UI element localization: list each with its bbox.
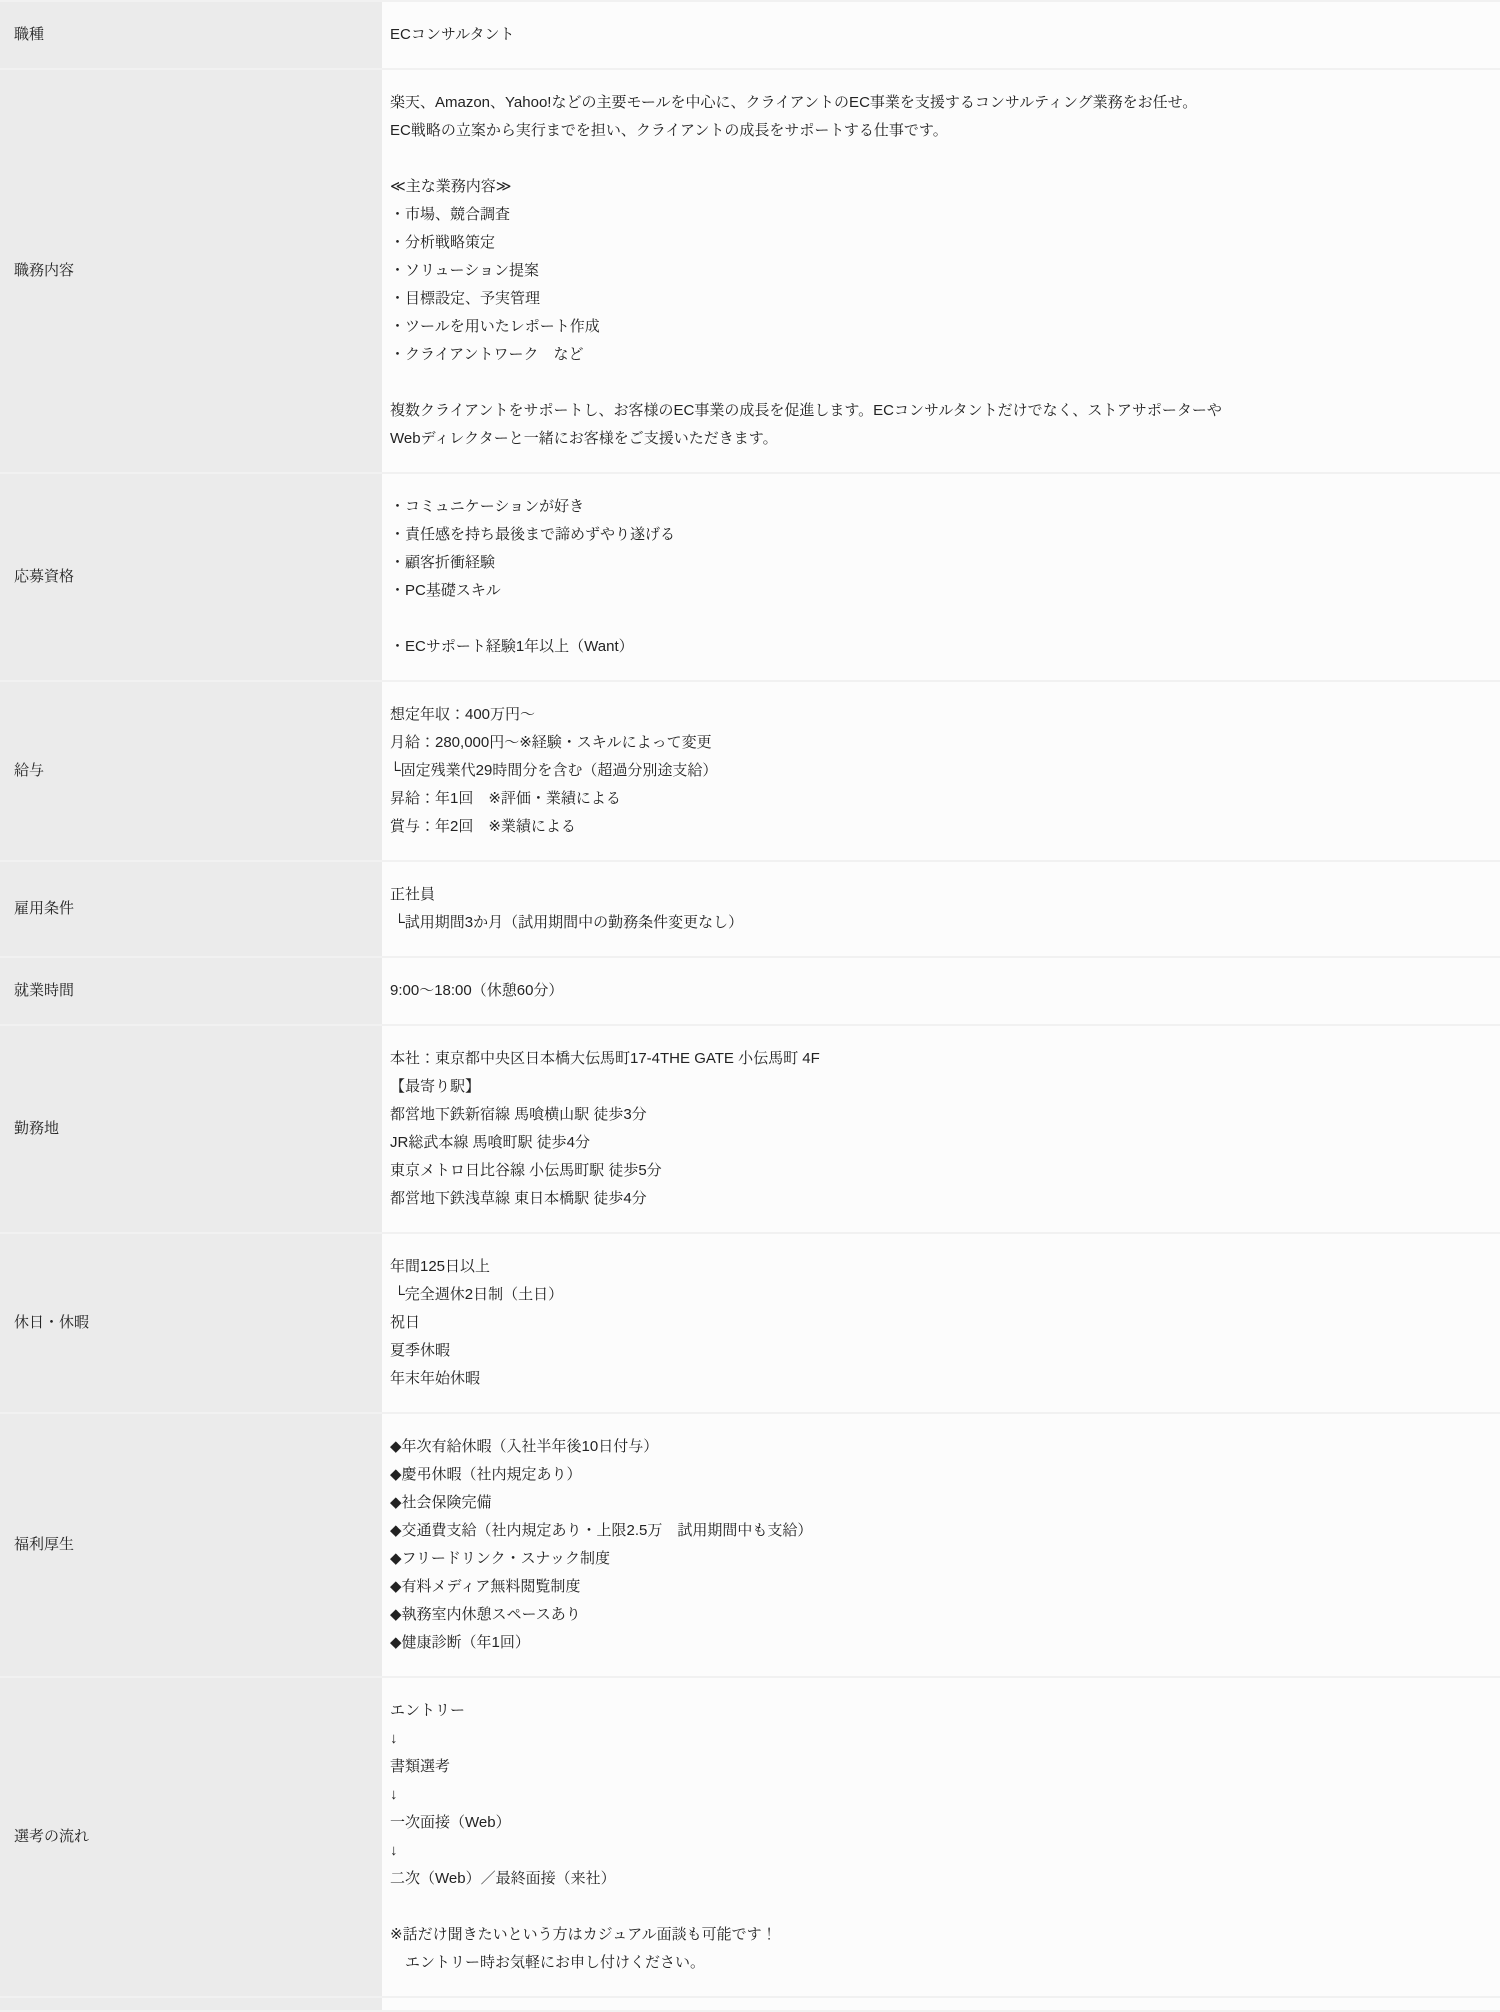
row-label-job-type: 職種 (0, 1, 382, 69)
row-content-work-location: 本社：東京都中央区日本橋大伝馬町17-4THE GATE 小伝馬町 4F 【最寄… (382, 1025, 1500, 1233)
label-text: 給与 (14, 762, 44, 779)
job-posting-page: 職種 ECコンサルタント 職務内容 楽天、Amazon、Yahoo!などの主要モ… (0, 0, 1500, 2012)
label-text: 休日・休暇 (14, 1314, 89, 1331)
row-content-working-hours: 9:00〜18:00（休憩60分） (382, 957, 1500, 1025)
job-posting-table: 職種 ECコンサルタント 職務内容 楽天、Amazon、Yahoo!などの主要モ… (0, 0, 1500, 2012)
label-text: 職務内容 (14, 262, 74, 279)
row-next-partial (0, 1997, 1500, 2011)
label-text: 就業時間 (14, 982, 74, 999)
content-text: 本社：東京都中央区日本橋大伝馬町17-4THE GATE 小伝馬町 4F 【最寄… (390, 1045, 1484, 1213)
content-text: 想定年収：400万円〜 月給：280,000円〜※経験・スキルによって変更 └固… (390, 701, 1484, 841)
row-holidays: 休日・休暇 年間125日以上 └完全週休2日制（土日） 祝日 夏季休暇 年末年始… (0, 1233, 1500, 1413)
content-text: ECコンサルタント (390, 21, 1484, 49)
row-qualifications: 応募資格 ・コミュニケーションが好き ・責任感を持ち最後まで諦めずやり遂げる ・… (0, 473, 1500, 681)
content-text: 正社員 └試用期間3か月（試用期間中の勤務条件変更なし） (390, 881, 1484, 937)
row-content-salary: 想定年収：400万円〜 月給：280,000円〜※経験・スキルによって変更 └固… (382, 681, 1500, 861)
label-text: 福利厚生 (14, 1536, 74, 1553)
row-content-qualifications: ・コミュニケーションが好き ・責任感を持ち最後まで諦めずやり遂げる ・顧客折衝経… (382, 473, 1500, 681)
row-benefits: 福利厚生 ◆年次有給休暇（入社半年後10日付与） ◆慶弔休暇（社内規定あり） ◆… (0, 1413, 1500, 1677)
row-job-type: 職種 ECコンサルタント (0, 1, 1500, 69)
row-next-partial-content (382, 1997, 1500, 2011)
row-salary: 給与 想定年収：400万円〜 月給：280,000円〜※経験・スキルによって変更… (0, 681, 1500, 861)
row-label-salary: 給与 (0, 681, 382, 861)
row-next-partial-label (0, 1997, 382, 2011)
row-label-employment-conditions: 雇用条件 (0, 861, 382, 957)
label-text: 勤務地 (14, 1120, 59, 1137)
row-selection-process: 選考の流れ エントリー ↓ 書類選考 ↓ 一次面接（Web） ↓ 二次（Web）… (0, 1677, 1500, 1997)
content-text: ◆年次有給休暇（入社半年後10日付与） ◆慶弔休暇（社内規定あり） ◆社会保険完… (390, 1433, 1484, 1657)
label-text: 応募資格 (14, 568, 74, 585)
content-text: 9:00〜18:00（休憩60分） (390, 977, 1484, 1005)
row-employment-conditions: 雇用条件 正社員 └試用期間3か月（試用期間中の勤務条件変更なし） (0, 861, 1500, 957)
row-label-qualifications: 応募資格 (0, 473, 382, 681)
row-label-working-hours: 就業時間 (0, 957, 382, 1025)
label-text: 雇用条件 (14, 900, 74, 917)
row-content-holidays: 年間125日以上 └完全週休2日制（土日） 祝日 夏季休暇 年末年始休暇 (382, 1233, 1500, 1413)
row-label-job-description: 職務内容 (0, 69, 382, 473)
row-work-location: 勤務地 本社：東京都中央区日本橋大伝馬町17-4THE GATE 小伝馬町 4F… (0, 1025, 1500, 1233)
row-label-benefits: 福利厚生 (0, 1413, 382, 1677)
label-text: 職種 (14, 26, 44, 43)
row-job-description: 職務内容 楽天、Amazon、Yahoo!などの主要モールを中心に、クライアント… (0, 69, 1500, 473)
label-text: 選考の流れ (14, 1828, 89, 1845)
content-text: ・コミュニケーションが好き ・責任感を持ち最後まで諦めずやり遂げる ・顧客折衝経… (390, 493, 1484, 661)
row-label-selection-process: 選考の流れ (0, 1677, 382, 1997)
content-text: 楽天、Amazon、Yahoo!などの主要モールを中心に、クライアントのEC事業… (390, 89, 1484, 453)
row-content-job-type: ECコンサルタント (382, 1, 1500, 69)
content-text: エントリー ↓ 書類選考 ↓ 一次面接（Web） ↓ 二次（Web）／最終面接（… (390, 1697, 1484, 1977)
row-working-hours: 就業時間 9:00〜18:00（休憩60分） (0, 957, 1500, 1025)
content-text: 年間125日以上 └完全週休2日制（土日） 祝日 夏季休暇 年末年始休暇 (390, 1253, 1484, 1393)
row-content-job-description: 楽天、Amazon、Yahoo!などの主要モールを中心に、クライアントのEC事業… (382, 69, 1500, 473)
row-content-selection-process: エントリー ↓ 書類選考 ↓ 一次面接（Web） ↓ 二次（Web）／最終面接（… (382, 1677, 1500, 1997)
row-label-work-location: 勤務地 (0, 1025, 382, 1233)
row-content-employment-conditions: 正社員 └試用期間3か月（試用期間中の勤務条件変更なし） (382, 861, 1500, 957)
row-label-holidays: 休日・休暇 (0, 1233, 382, 1413)
row-content-benefits: ◆年次有給休暇（入社半年後10日付与） ◆慶弔休暇（社内規定あり） ◆社会保険完… (382, 1413, 1500, 1677)
